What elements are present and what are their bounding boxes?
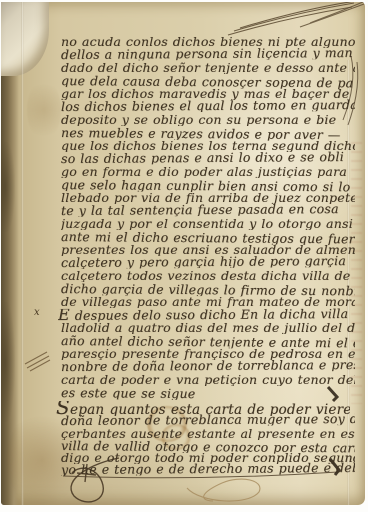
manuscript-line: es este que se sigue	[61, 387, 196, 400]
pen-swirl-flourish	[187, 479, 260, 501]
manuscript-line: llebado por via de fin arriba de juez co…	[61, 192, 355, 204]
manuscript-line: calçetero todos vezinos desta dicha vill…	[61, 270, 355, 282]
manuscript-line: presentes los que ansi es saluador de al…	[61, 244, 355, 256]
manuscript-line: no acuda conlos dichos bienes ni pte alg…	[61, 36, 355, 48]
manuscript-line: E despues delo suso dicho En la dicha vi…	[58, 307, 352, 322]
manuscript-line: nonbre de doña leonor de torreblanca e p…	[61, 359, 355, 373]
manuscript-page: no acuda conlos dichos bienes ni pte alg…	[1, 2, 365, 505]
manuscript-line: dellos a ninguna persona sin liçencia y …	[61, 47, 353, 61]
manuscript-line: calçetero y pero garçia hijo de pero gar…	[61, 255, 346, 269]
margin-slash-mark	[25, 352, 50, 371]
manuscript-line: çerbantes ausente estante al presente en…	[61, 428, 355, 440]
manuscript-line: so las dichas penas e ansi lo dixo e se …	[61, 151, 344, 165]
manuscript-line: que los dichos bienes los terna segund d…	[61, 140, 355, 152]
top-pen-flourish	[228, 2, 356, 35]
scan-background: no acuda conlos dichos bienes ni pte alg…	[0, 0, 368, 512]
manuscript-line: doña leonor de torreblanca muger que soy…	[61, 413, 355, 427]
manuscript-line: carta de poder e vna petiçion cuyo tenor…	[61, 374, 355, 386]
manuscript-line: los dichos bienes el qual los tomo en gu…	[61, 99, 355, 113]
manuscript-line: juzgada y por el consentida y lo otorgo …	[61, 218, 355, 230]
manuscript-line: go en forma e dio poder alas justiçias p…	[61, 166, 347, 178]
manuscript-line: dado del dicho señor tenjente e desso an…	[61, 62, 355, 74]
manuscript-line: lladolid a quatro dias del mes de jullio…	[61, 322, 355, 334]
manuscript-line: paresçio presente françisco de pedrosa e…	[61, 348, 355, 360]
manuscript-line: yo he e tengo e de derecho mas puede e d…	[61, 462, 355, 476]
manuscript-line: gar los dichos maravedis y mas el baçer …	[61, 88, 349, 100]
manuscript-line: de villegas paso ante mi fran mateo de m…	[61, 296, 355, 308]
margin-x-mark: x	[34, 307, 40, 318]
manuscript-line: deposito y se obligo con su persona e bi…	[61, 114, 336, 126]
manuscript-line: te y la tal sentençia fuese pasada en co…	[61, 203, 339, 217]
